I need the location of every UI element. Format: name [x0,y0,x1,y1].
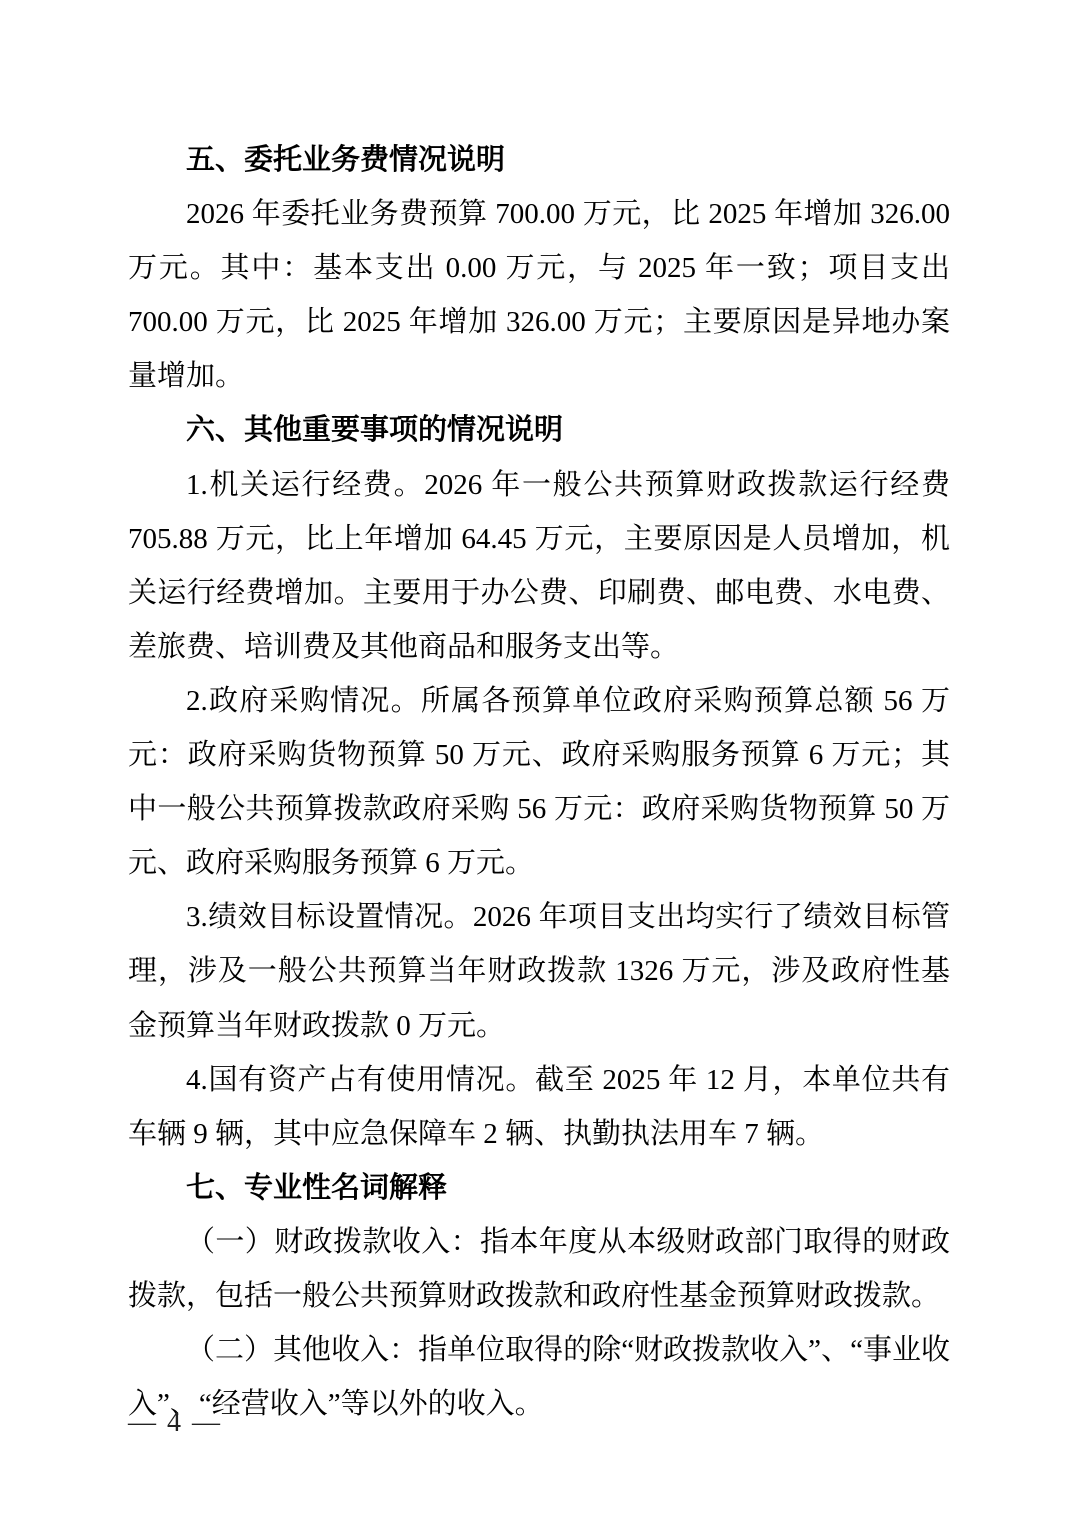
paragraph-government-procurement: 2.政府采购情况。所属各预算单位政府采购预算总额 56 万元：政府采购货物预算 … [128,674,950,890]
document-body: 五、委托业务费情况说明 2026 年委托业务费预算 700.00 万元，比 20… [128,133,950,1431]
document-page: 五、委托业务费情况说明 2026 年委托业务费预算 700.00 万元，比 20… [0,0,1074,1520]
paragraph-entrusted-business-fees: 2026 年委托业务费预算 700.00 万元，比 2025 年增加 326.0… [128,187,950,403]
paragraph-term-fiscal-appropriation-income: （一）财政拨款收入：指本年度从本级财政部门取得的财政拨款，包括一般公共预算财政拨… [128,1215,950,1323]
section-heading-terminology: 七、专业性名词解释 [128,1161,950,1215]
section-heading-entrusted-business-fees: 五、委托业务费情况说明 [128,133,950,187]
page-number: — 4 — [128,1407,222,1438]
paragraph-performance-targets: 3.绩效目标设置情况。2026 年项目支出均实行了绩效目标管理，涉及一般公共预算… [128,890,950,1052]
paragraph-agency-operating-costs: 1.机关运行经费。2026 年一般公共预算财政拨款运行经费 705.88 万元，… [128,458,950,674]
paragraph-term-other-income: （二）其他收入：指单位取得的除“财政拨款收入”、“事业收入”、“经营收入”等以外… [128,1323,950,1431]
paragraph-state-owned-assets: 4.国有资产占有使用情况。截至 2025 年 12 月，本单位共有车辆 9 辆，… [128,1053,950,1161]
section-heading-other-important-matters: 六、其他重要事项的情况说明 [128,403,950,457]
page-footer: — 4 — [128,1403,222,1443]
